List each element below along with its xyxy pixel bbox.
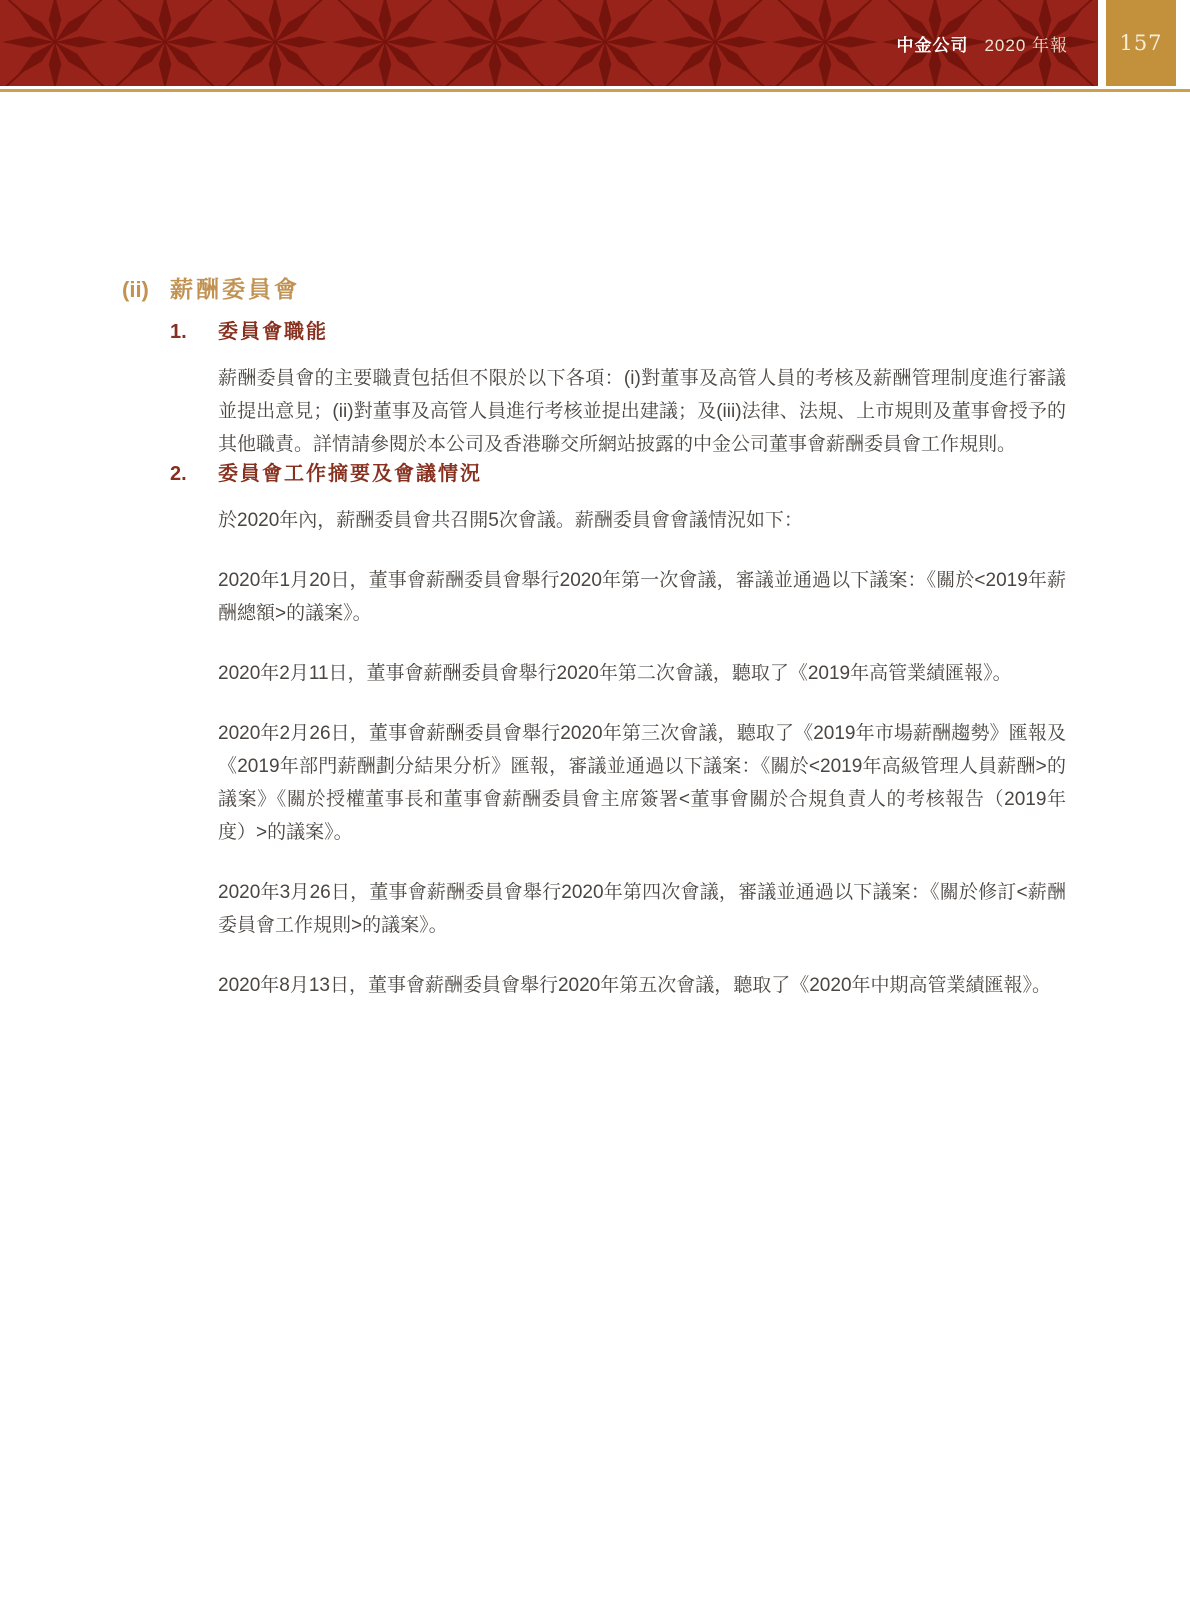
header-divider-rule xyxy=(0,89,1190,92)
section-heading: (ii) 薪酬委員會 xyxy=(122,271,1066,304)
subsection-number: 2. xyxy=(170,461,218,488)
document-body: (ii) 薪酬委員會 1. 委員會職能 薪酬委員會的主要職責包括但不限於以下各項… xyxy=(122,271,1066,1002)
section-title: 薪酬委員會 xyxy=(170,271,300,304)
subsection-committee-functions: 1. 委員會職能 薪酬委員會的主要職責包括但不限於以下各項：(i)對董事及高管人… xyxy=(170,319,1066,461)
body-paragraph: 2020年2月11日，董事會薪酬委員會舉行2020年第二次會議，聽取了《2019… xyxy=(218,657,1066,690)
report-page: 中金公司 2020 年報 157 (ii) 薪酬委員會 1. 委員會職能 薪酬委… xyxy=(0,0,1190,1615)
page-number-box: 157 xyxy=(1106,0,1176,86)
body-paragraph: 於2020年內，薪酬委員會共召開5次會議。薪酬委員會會議情況如下： xyxy=(218,504,1066,537)
subsection-number: 1. xyxy=(170,319,218,346)
page-number: 157 xyxy=(1119,31,1162,55)
subsection-work-summary-meetings: 2. 委員會工作摘要及會議情況 於2020年內，薪酬委員會共召開5次會議。薪酬委… xyxy=(170,461,1066,1002)
body-paragraph: 2020年1月20日，董事會薪酬委員會舉行2020年第一次會議，審議並通過以下議… xyxy=(218,564,1066,630)
body-paragraph: 2020年2月26日，董事會薪酬委員會舉行2020年第三次會議，聽取了《2019… xyxy=(218,717,1066,849)
header-caption: 中金公司 2020 年報 xyxy=(896,0,1068,86)
subsection-body: 於2020年內，薪酬委員會共召開5次會議。薪酬委員會會議情況如下： 2020年1… xyxy=(218,504,1066,1002)
company-name: 中金公司 xyxy=(896,31,968,56)
subsection-body: 薪酬委員會的主要職責包括但不限於以下各項：(i)對董事及高管人員的考核及薪酬管理… xyxy=(218,362,1066,461)
subsection-title: 委員會職能 xyxy=(218,319,328,346)
subsection-heading: 1. 委員會職能 xyxy=(170,319,1066,346)
section-label: (ii) xyxy=(122,277,170,303)
report-title: 2020 年報 xyxy=(984,31,1068,56)
body-paragraph: 薪酬委員會的主要職責包括但不限於以下各項：(i)對董事及高管人員的考核及薪酬管理… xyxy=(218,362,1066,461)
body-paragraph: 2020年8月13日，董事會薪酬委員會舉行2020年第五次會議，聽取了《2020… xyxy=(218,969,1066,1002)
subsection-title: 委員會工作摘要及會議情況 xyxy=(218,461,482,488)
header-banner: 中金公司 2020 年報 xyxy=(0,0,1098,86)
body-paragraph: 2020年3月26日，董事會薪酬委員會舉行2020年第四次會議，審議並通過以下議… xyxy=(218,876,1066,942)
subsection-heading: 2. 委員會工作摘要及會議情況 xyxy=(170,461,1066,488)
